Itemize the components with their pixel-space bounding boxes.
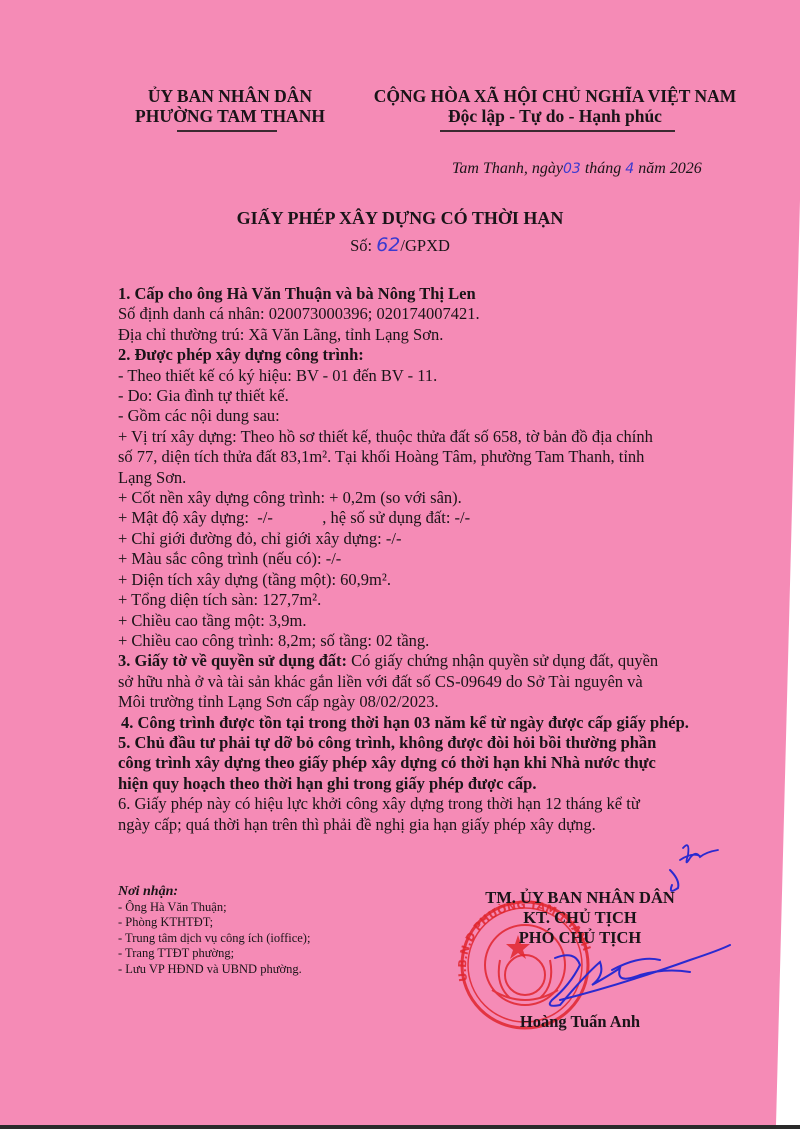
document-number: Số: 62/GPXD xyxy=(0,234,800,256)
signature-title-3: PHÓ CHỦ TỊCH xyxy=(440,928,720,948)
includes-label: - Gồm các nội dung sau: xyxy=(118,406,768,426)
recipient-item: - Ông Hà Văn Thuận; xyxy=(118,900,310,916)
scan-edge xyxy=(0,1125,800,1129)
signer-name: Hoàng Tuấn Anh xyxy=(440,1012,720,1032)
section-2-heading: 2. Được phép xây dựng công trình: xyxy=(118,345,364,364)
date-line: Tam Thanh, ngày03 tháng 4 năm 2026 xyxy=(452,160,702,178)
recipient-item: - Trang TTĐT phường; xyxy=(118,946,310,962)
construction-area: + Diện tích xây dựng (tầng một): 60,9m². xyxy=(118,570,768,590)
recipients-heading: Nơi nhận: xyxy=(118,884,310,900)
date-year: năm 2026 xyxy=(638,160,702,177)
national-motto: CỘNG HÒA XÃ HỘI CHỦ NGHĨA VIỆT NAM Độc l… xyxy=(365,86,745,126)
date-day: 03 xyxy=(563,161,581,177)
land-doc-line-2: sở hữu nhà ở và tài sản khác gắn liền vớ… xyxy=(118,672,768,692)
total-floor-area: + Tổng diện tích sàn: 127,7m². xyxy=(118,590,768,610)
section-6-line-1: 6. Giấy phép này có hiệu lực khởi công x… xyxy=(118,794,768,814)
recipients: Nơi nhận: - Ông Hà Văn Thuận; - Phòng KT… xyxy=(118,884,310,978)
authority-line-1: ỦY BAN NHÂN DÂN xyxy=(110,86,350,106)
building-color: + Màu sắc công trình (nếu có): -/- xyxy=(118,549,768,569)
issuing-authority: ỦY BAN NHÂN DÂN PHƯỜNG TAM THANH xyxy=(110,86,350,126)
boundary-lines: + Chỉ giới đường đỏ, chỉ giới xây dựng: … xyxy=(118,529,768,549)
foundation-level: + Cốt nền xây dựng công trình: + 0,2m (s… xyxy=(118,488,768,508)
motto: Độc lập - Tự do - Hạnh phúc xyxy=(365,106,745,126)
first-floor-height: + Chiều cao tầng một: 3,9m. xyxy=(118,611,768,631)
permit-body: 1. Cấp cho ông Hà Văn Thuận và bà Nông T… xyxy=(118,284,768,835)
number-value: 62 xyxy=(376,234,400,256)
section-6-line-2: ngày cấp; quá thời hạn trên thì phải đề … xyxy=(118,815,768,835)
document-title: GIẤY PHÉP XÂY DỰNG CÓ THỜI HẠN xyxy=(0,208,800,229)
designed-by: - Do: Gia đình tự thiết kế. xyxy=(118,386,768,406)
number-suffix: /GPXD xyxy=(400,236,450,255)
number-prefix: Số: xyxy=(350,236,372,255)
recipient-item: - Phòng KTHTĐT; xyxy=(118,915,310,931)
signature-title-1: TM. ỦY BAN NHÂN DÂN xyxy=(440,888,720,908)
date-place: Tam Thanh, ngày xyxy=(452,160,563,177)
date-month-label: tháng xyxy=(585,160,621,177)
section-5-line-1: 5. Chủ đầu tư phải tự dỡ bỏ công trình, … xyxy=(118,733,656,752)
signature-title-2: KT. CHỦ TỊCH xyxy=(440,908,720,928)
land-doc-line-1: Có giấy chứng nhận quyền sử dụng đất, qu… xyxy=(347,651,658,670)
recipient-item: - Trung tâm dịch vụ công ích (ioffice); xyxy=(118,931,310,947)
authority-underline xyxy=(177,130,277,132)
section-1-heading: 1. Cấp cho ông Hà Văn Thuận và bà Nông T… xyxy=(118,284,476,303)
section-4: 4. Công trình được tồn tại trong thời hạ… xyxy=(121,713,689,732)
location-line-3: Lạng Sơn. xyxy=(118,468,768,488)
signature-block: TM. ỦY BAN NHÂN DÂN KT. CHỦ TỊCH PHÓ CHỦ… xyxy=(440,888,720,948)
authority-line-2: PHƯỜNG TAM THANH xyxy=(110,106,350,126)
section-5-line-2: công trình xây dựng theo giấy phép xây d… xyxy=(118,753,656,772)
date-month: 4 xyxy=(625,161,634,177)
land-doc-line-3: Môi trường tỉnh Lạng Sơn cấp ngày 08/02/… xyxy=(118,692,768,712)
section-5-line-3: hiện quy hoạch theo thời hạn ghi trong g… xyxy=(118,774,536,793)
building-height: + Chiều cao công trình: 8,2m; số tầng: 0… xyxy=(118,631,768,651)
country-name: CỘNG HÒA XÃ HỘI CHỦ NGHĨA VIỆT NAM xyxy=(365,86,745,106)
design-code: - Theo thiết kế có ký hiệu: BV - 01 đến … xyxy=(118,366,768,386)
personal-id: Số định danh cá nhân: 020073000396; 0201… xyxy=(118,304,768,324)
motto-underline xyxy=(440,130,675,132)
permanent-address: Địa chỉ thường trú: Xã Văn Lãng, tỉnh Lạ… xyxy=(118,325,768,345)
location-line-1: + Vị trí xây dựng: Theo hồ sơ thiết kế, … xyxy=(118,427,768,447)
building-density: + Mật độ xây dựng: -/- , hệ số sử dụng đ… xyxy=(118,508,768,528)
location-line-2: số 77, diện tích thửa đất 83,1m². Tại kh… xyxy=(118,447,768,467)
recipient-item: - Lưu VP HĐND và UBND phường. xyxy=(118,962,310,978)
section-3-heading: 3. Giấy tờ về quyền sử dụng đất: xyxy=(118,651,347,670)
